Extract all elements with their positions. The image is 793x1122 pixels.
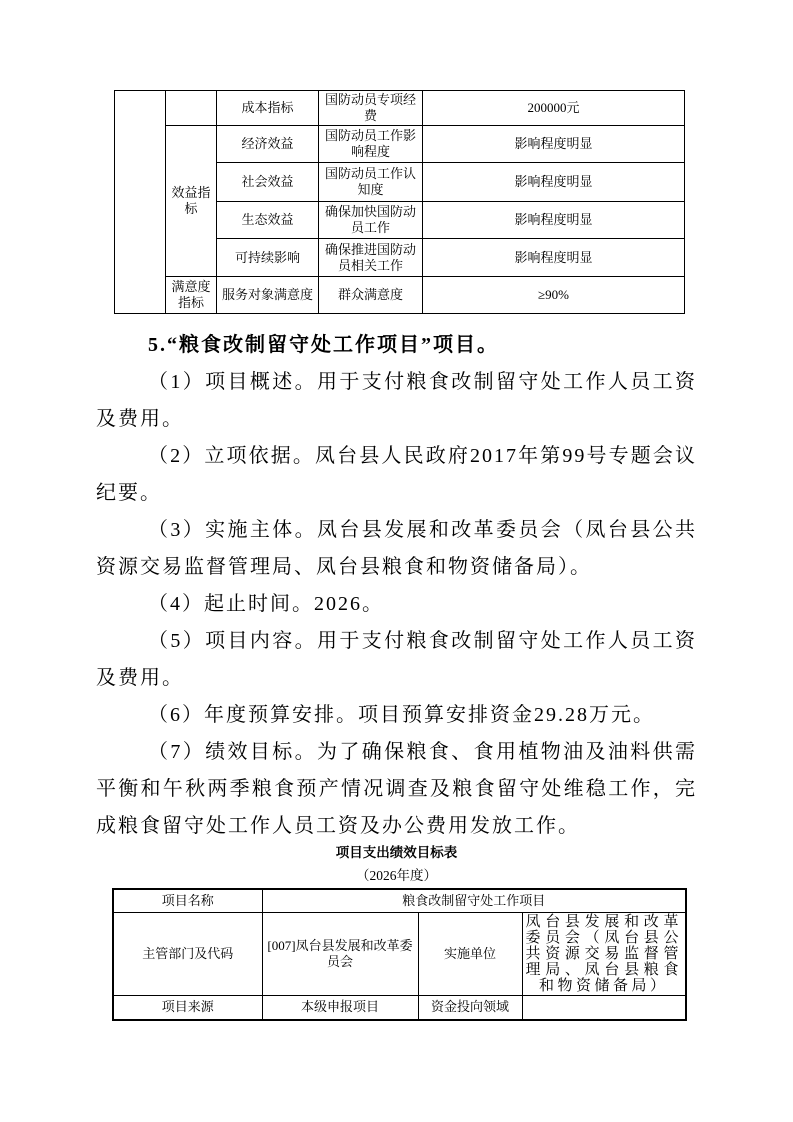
paragraph-timespan: （4）起止时间。2026。 (96, 586, 697, 623)
section-heading: 5.“粮食改制留守处工作项目”项目。 (96, 327, 697, 364)
benefit-value-cell: 影响程度明显 (423, 163, 685, 202)
benefit-indicator-cell: 确保加快国防动员工作 (319, 202, 423, 239)
group-cell-empty (166, 91, 217, 126)
benefit-value-cell: 影响程度明显 (423, 202, 685, 239)
satisfaction-indicator-cell: 群众满意度 (319, 277, 423, 314)
target-table-title: 项目支出绩效目标表 (0, 845, 793, 861)
target-table: 项目名称 粮食改制留守处工作项目 主管部门及代码 [007]凤台县发展和改革委员… (112, 888, 687, 1021)
fund-field-label-cell: 资金投向领域 (418, 995, 522, 1020)
paragraph-implementer: （3）实施主体。凤台县发展和改革委员会（凤台县公共资源交易监督管理局、凤台县粮食… (96, 512, 697, 586)
benefit-value-cell: 影响程度明显 (423, 239, 685, 277)
project-name-label-cell: 项目名称 (113, 889, 262, 912)
table-row: 项目名称 粮食改制留守处工作项目 (113, 889, 686, 912)
paragraph-content: （5）项目内容。用于支付粮食改制留守处工作人员工资及费用。 (96, 623, 697, 697)
document-page: 成本指标 国防动员专项经费 200000元 效益指标 经济效益 国防动员工作影响… (0, 0, 793, 1122)
cost-indicator-name-cell: 国防动员专项经费 (319, 91, 423, 126)
target-table-subtitle: （2026年度） (0, 868, 793, 884)
benefit-type-cell: 社会效益 (217, 163, 319, 202)
satisfaction-type-cell: 服务对象满意度 (217, 277, 319, 314)
benefit-indicator-cell: 确保推进国防动员相关工作 (319, 239, 423, 277)
benefit-group-cell: 效益指标 (166, 126, 217, 277)
indicator-table: 成本指标 国防动员专项经费 200000元 效益指标 经济效益 国防动员工作影响… (114, 90, 685, 314)
department-label-cell: 主管部门及代码 (113, 912, 262, 995)
table-row: 主管部门及代码 [007]凤台县发展和改革委员会 实施单位 凤台县发展和改革委员… (113, 912, 686, 995)
stub-cell (115, 91, 166, 314)
project-source-label-cell: 项目来源 (113, 995, 262, 1020)
cost-indicator-label-cell: 成本指标 (217, 91, 319, 126)
table-row: 成本指标 国防动员专项经费 200000元 (115, 91, 685, 126)
benefit-type-cell: 可持续影响 (217, 239, 319, 277)
benefit-value-cell: 影响程度明显 (423, 126, 685, 163)
benefit-type-cell: 生态效益 (217, 202, 319, 239)
paragraph-budget: （6）年度预算安排。项目预算安排资金29.28万元。 (96, 697, 697, 734)
satisfaction-group-cell: 满意度指标 (166, 277, 217, 314)
project-source-value-cell: 本级申报项目 (262, 995, 418, 1020)
benefit-type-cell: 经济效益 (217, 126, 319, 163)
table-row: 效益指标 经济效益 国防动员工作影响程度 影响程度明显 (115, 126, 685, 163)
table-row: 满意度指标 服务对象满意度 群众满意度 ≥90% (115, 277, 685, 314)
implement-unit-value-cell: 凤台县发展和改革委员会（凤台县公共资源交易监督管理局、凤台县粮食和物资储备局） (522, 912, 686, 995)
paragraph-performance-goal: （7）绩效目标。为了确保粮食、食用植物油及油料供需平衡和午秋两季粮食预产情况调查… (96, 734, 697, 845)
project-name-value-cell: 粮食改制留守处工作项目 (262, 889, 686, 912)
table-row: 项目来源 本级申报项目 资金投向领域 (113, 995, 686, 1020)
cost-indicator-value-cell: 200000元 (423, 91, 685, 126)
paragraph-basis: （2）立项依据。凤台县人民政府2017年第99号专题会议纪要。 (96, 438, 697, 512)
benefit-indicator-cell: 国防动员工作认知度 (319, 163, 423, 202)
section-body: 5.“粮食改制留守处工作项目”项目。 （1）项目概述。用于支付粮食改制留守处工作… (96, 327, 697, 845)
paragraph-overview: （1）项目概述。用于支付粮食改制留守处工作人员工资及费用。 (96, 364, 697, 438)
fund-field-value-cell (522, 995, 686, 1020)
benefit-indicator-cell: 国防动员工作影响程度 (319, 126, 423, 163)
department-value-cell: [007]凤台县发展和改革委员会 (262, 912, 418, 995)
satisfaction-value-cell: ≥90% (423, 277, 685, 314)
implement-unit-label-cell: 实施单位 (418, 912, 522, 995)
